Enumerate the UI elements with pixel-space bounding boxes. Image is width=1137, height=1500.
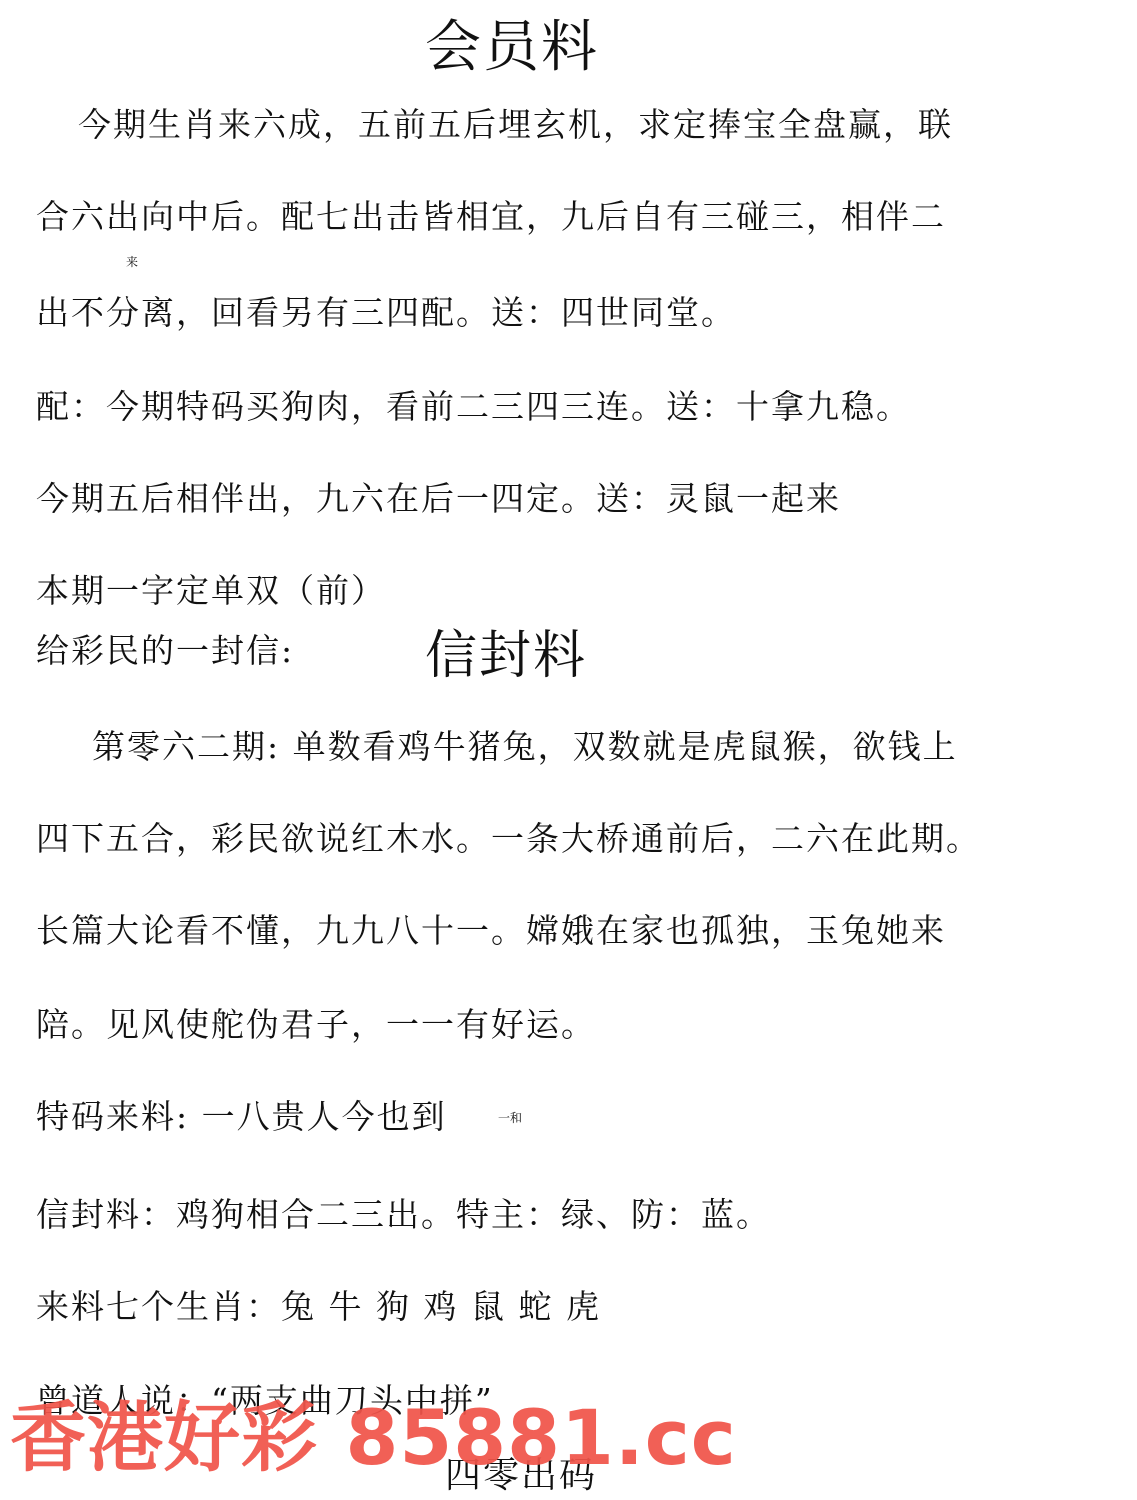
member-line-3: 出不分离，回看另有三四配。送：四世同堂。 bbox=[36, 296, 736, 329]
letter-label: 给彩民的一封信: bbox=[36, 634, 294, 667]
seven-zodiacs-line: 来料七个生肖：兔 牛 狗 鸡 鼠 蛇 虎 bbox=[36, 1290, 601, 1323]
watermark: 香港好彩 85881.cc bbox=[10, 1400, 737, 1476]
envelope-line: 信封料：鸡狗相合二三出。特主：绿、防：蓝。 bbox=[36, 1198, 771, 1231]
member-line-6: 本期一字定单双（前） bbox=[36, 574, 386, 607]
letter-line-2: 四下五合，彩民欲说红木水。一条大桥通前后，二六在此期。 bbox=[36, 822, 981, 855]
letter-line-3: 长篇大论看不懂，九九八十一。嫦娥在家也孤独，玉兔她来 bbox=[36, 914, 946, 947]
margin-note: 来 bbox=[126, 256, 138, 268]
special-code-note: 一和 bbox=[498, 1112, 522, 1124]
special-code-line: 特码来料: 一八贵人今也到 bbox=[36, 1100, 447, 1133]
letter-line-4: 陪。见风使舵伪君子，一一有好运。 bbox=[36, 1008, 596, 1041]
page-title: 会员料 bbox=[425, 20, 599, 76]
member-line-2: 合六出向中后。配七出击皆相宜，九后自有三碰三，相伴二 bbox=[36, 200, 946, 233]
member-line-4: 配：今期特码买狗肉，看前二三四三连。送：十拿九稳。 bbox=[36, 390, 911, 423]
member-line-1: 今期生肖来六成，五前五后埋玄机，求定捧宝全盘赢，联 bbox=[78, 108, 953, 141]
letter-line-1: 第零六二期: 单数看鸡牛猪兔，双数就是虎鼠猴，欲钱上 bbox=[92, 730, 958, 763]
member-line-5: 今期五后相伴出，九六在后一四定。送：灵鼠一起来 bbox=[36, 482, 841, 515]
letter-title: 信封料 bbox=[425, 630, 587, 682]
